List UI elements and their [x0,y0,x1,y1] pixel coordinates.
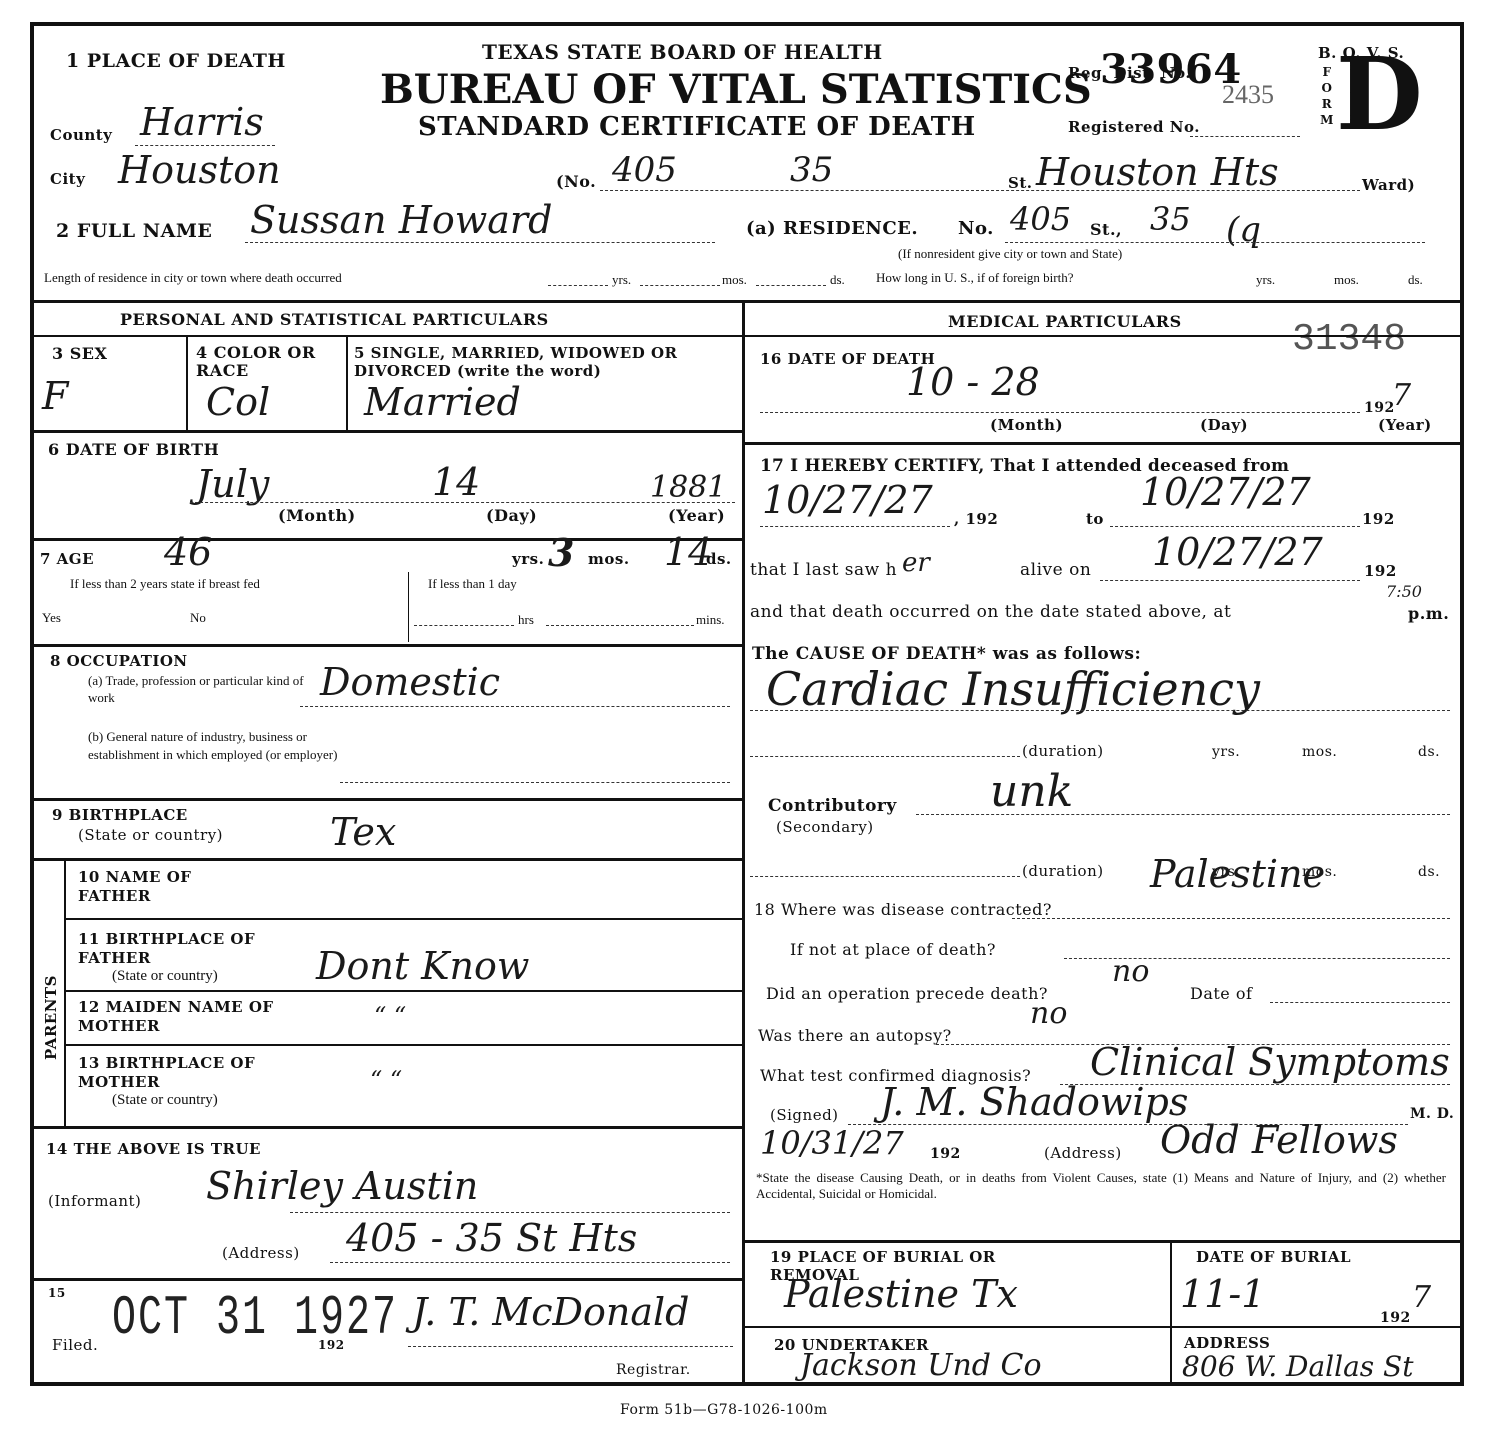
if-not-label: If not at place of death? [790,940,996,959]
physician-signature: J. M. Shadowips [880,1080,1188,1124]
city-label: City [50,170,85,188]
ward-label: Ward) [1362,176,1415,194]
autopsy-label: Was there an autopsy? [758,1026,952,1045]
residence-st-value: 35 [1150,200,1191,238]
undertaker-address-value: 806 W. Dallas St [1182,1350,1413,1383]
county-label: County [50,126,112,144]
contributory-label: Contributory [768,796,897,816]
street-no-label: (No. [556,172,596,191]
marital-value: Married [364,380,521,424]
filed-number: 15 [48,1286,66,1300]
dod-year: 7 [1392,378,1411,413]
dod-day-caption: (Day) [1200,416,1248,434]
cause-of-death-label: The CAUSE OF DEATH* was as follows: [752,644,1141,664]
contributory-sub: (Secondary) [776,818,874,836]
residence-st-label: St., [1090,220,1122,239]
mother-birthplace-label: 13 BIRTHPLACE OF MOTHER [78,1054,258,1092]
duration-label-1: (duration) [1022,742,1104,760]
day-caption: (Day) [486,506,537,525]
month-caption: (Month) [278,506,356,525]
yrs-caption: yrs. [512,550,544,568]
occupation-value: Domestic [320,660,500,704]
ds-label: ds. [830,272,845,288]
registered-number-faded: 2435 [1222,80,1274,110]
birthplace-sub: (State or country) [78,826,223,844]
no-label: No [190,610,206,626]
filed-stamp: OCT 31 1927 [112,1288,398,1351]
sex-label: 3 SEX [52,344,107,363]
foreign-ds-label: ds. [1408,272,1423,288]
birthplace-value: Tex [330,810,396,854]
autopsy-value: no [1030,996,1067,1031]
father-state-country: (State or country) [112,968,218,985]
age-months: 3 [548,530,574,575]
parents-side-label: PARENTS [42,975,60,1060]
form-code-letter: D [1336,44,1423,144]
pm-label: p.m. [1408,604,1449,623]
duration-ds-1: ds. [1418,744,1440,760]
alive-192: 192 [1364,562,1397,580]
medical-section-title: MEDICAL PARTICULARS [948,312,1182,331]
residence-no-label: No. [958,218,994,239]
dob-month: July [196,462,269,506]
informant-title: 14 THE ABOVE IS TRUE [46,1140,261,1158]
informant-value: Shirley Austin [206,1164,478,1208]
street-name-value: 35 [790,150,833,190]
last-saw-text: that I last saw h [750,560,897,580]
street-no-value: 405 [612,150,677,190]
mother-birthplace-value: “ “ [370,1066,402,1094]
attended-to-date: 10/27/27 [1140,470,1311,514]
mos-label: mos. [722,272,747,288]
operation-label: Did an operation precede death? [766,984,1048,1003]
registrar-signature: J. T. McDonald [412,1290,690,1334]
yrs-label: yrs. [612,272,631,288]
nonresident-note: (If nonresident give city or town and St… [898,246,1122,262]
to-192: 192 [1362,510,1395,528]
dob-label: 6 DATE OF BIRTH [48,440,219,459]
year-caption: (Year) [668,506,725,525]
residence-label: (a) RESIDENCE. [746,218,918,239]
signed-address-label: (Address) [1044,1144,1122,1162]
dod-year-caption: (Year) [1378,416,1432,434]
form-vertical-letters: FORM [1320,64,1334,128]
ward-value: Houston Hts [1036,150,1279,194]
board-title: TEXAS STATE BOARD OF HEALTH [482,40,883,64]
mos-caption: mos. [588,550,630,568]
burial-place-value: Palestine Tx [784,1272,1018,1316]
filed-192: 192 [318,1338,345,1352]
form-code-footer: Form 51b—G78-1026-100m [620,1402,828,1418]
father-name-label: 10 NAME OF FATHER [78,868,238,906]
certificate-title: STANDARD CERTIFICATE OF DEATH [418,112,976,142]
hrs-label: hrs [518,612,534,628]
mins-label: mins. [696,612,725,628]
ds-caption: ds. [706,550,732,568]
dob-year: 1881 [650,470,726,505]
informant-label: (Informant) [48,1192,141,1210]
last-saw-pronoun: er [902,548,930,578]
alive-on-text: alive on [1020,560,1091,580]
contributory-value: unk [990,766,1073,817]
filed-label: Filed. [52,1336,98,1354]
occupation-label: 8 OCCUPATION [50,652,188,670]
foreign-birth-text: How long in U. S., if of foreign birth? [876,270,1074,286]
residence-length-text: Length of residence in city or town wher… [44,270,342,286]
personal-section-title: PERSONAL AND STATISTICAL PARTICULARS [120,310,549,329]
residence-no-value: 405 [1010,200,1071,238]
city-value: Houston [118,148,281,192]
foreign-yrs-label: yrs. [1256,272,1275,288]
burial-date-value: 11-1 [1180,1272,1265,1316]
burial-year: 7 [1412,1280,1431,1315]
death-occurred-text: and that death occurred on the date stat… [750,602,1231,622]
burial-192: 192 [1380,1310,1411,1326]
father-birthplace-value: Dont Know [316,944,529,988]
burial-date-label: DATE OF BURIAL [1196,1248,1351,1266]
date-of-death-value: 10 - 28 [906,360,1040,404]
age-label: 7 AGE [40,550,94,568]
birthplace-label: 9 BIRTHPLACE [52,806,188,824]
stamp-number: 31348 [1292,318,1406,361]
duration-label-2: (duration) [1022,862,1104,880]
mother-state-country: (State or country) [112,1092,218,1109]
breast-fed-note: If less than 2 years state if breast fed [70,576,260,592]
county-value: Harris [140,100,264,144]
signed-192: 192 [930,1146,961,1162]
informant-address-value: 405 - 35 St Hts [346,1216,637,1260]
duration-yrs-1: yrs. [1212,744,1240,760]
occupation-a-label: (a) Trade, profession or particular kind… [88,672,308,706]
attended-from-date: 10/27/27 [762,478,933,522]
to-label: to [1086,510,1104,528]
color-value: Col [206,380,270,424]
undertaker-value: Jackson Und Co [800,1348,1042,1383]
registrar-label: Registrar. [616,1362,691,1378]
signed-date: 10/31/27 [760,1124,904,1162]
occupation-b-label: (b) General nature of industry, business… [88,728,358,764]
date-of-label: Date of [1190,984,1252,1003]
full-name-label: 2 FULL NAME [56,220,212,242]
full-name-value: Sussan Howard [250,198,552,242]
cause-of-death-value: Cardiac Insufficiency [766,662,1260,716]
registered-label: Registered No. [1068,118,1200,136]
dod-192: 192 [1364,400,1395,416]
reg-dist-number: 33964 [1100,46,1242,93]
foreign-mos-label: mos. [1334,272,1359,288]
less-than-day-note: If less than 1 day [428,576,517,592]
yes-label: Yes [42,610,61,626]
color-label: 4 COLOR OR RACE [196,344,346,380]
signed-address-value: Odd Fellows [1160,1118,1398,1162]
duration-ds-2: ds. [1418,864,1440,880]
mother-name-value: “ “ [374,1002,406,1030]
last-saw-date: 10/27/27 [1152,530,1323,574]
test-value: Clinical Symptoms [1090,1040,1450,1084]
residence-extra: (q [1226,210,1261,250]
q18-value: Palestine [1150,852,1325,896]
place-of-death-label: 1 PLACE OF DEATH [66,50,286,72]
mother-name-label: 12 MAIDEN NAME OF MOTHER [78,998,298,1036]
footnote: *State the disease Causing Death, or in … [756,1170,1446,1202]
operation-value: no [1112,954,1149,989]
death-time: 7:50 [1386,582,1422,601]
dob-day: 14 [432,460,480,504]
age-years: 46 [164,530,212,574]
father-birthplace-label: 11 BIRTHPLACE OF FATHER [78,930,258,968]
signed-label: (Signed) [770,1106,839,1124]
dod-month-caption: (Month) [990,416,1063,434]
address-label: (Address) [222,1244,300,1262]
bureau-title: BUREAU OF VITAL STATISTICS [380,66,1092,113]
md-label: M. D. [1410,1106,1454,1122]
comma-192-from: , 192 [954,510,998,528]
q18-label: 18 Where was disease contracted? [754,900,1052,919]
marital-label: 5 SINGLE, MARRIED, WIDOWED OR DIVORCED (… [354,344,739,380]
duration-mos-1: mos. [1302,744,1337,760]
sex-value: F [42,374,68,418]
